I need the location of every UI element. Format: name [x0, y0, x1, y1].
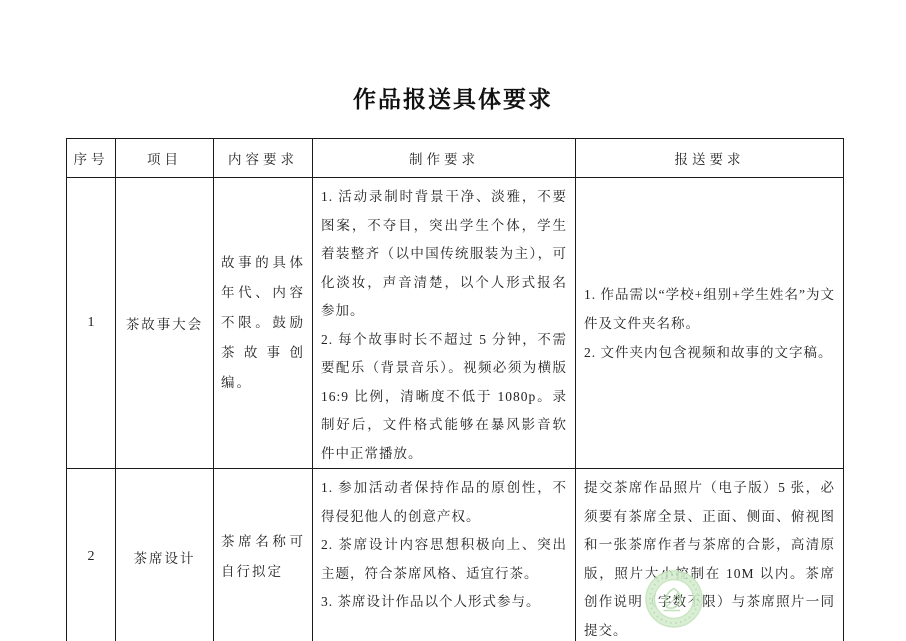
production-paragraph: 1. 参加活动者保持作品的原创性，不得侵犯他人的创意产权。: [321, 474, 567, 531]
header-production-requirements: 制作要求: [313, 139, 576, 178]
production-cell: 1. 活动录制时背景干净、淡雅，不要图案，不夺目，突出学生个体，学生着装整齐（以…: [313, 178, 576, 469]
header-seq: 序号: [67, 139, 116, 178]
table-row: 1 茶故事大会 故事的具体年代、内容不限。鼓励茶故事创编。 1. 活动录制时背景…: [67, 178, 844, 469]
production-cell: 1. 参加活动者保持作品的原创性，不得侵犯他人的创意产权。 2. 茶席设计内容思…: [313, 469, 576, 641]
project-cell: 茶席设计: [116, 469, 214, 641]
production-paragraph: 3. 茶席设计作品以个人形式参与。: [321, 588, 567, 617]
leaf-seal-watermark: [645, 570, 703, 628]
seq-cell: 2: [67, 469, 116, 641]
production-paragraph: 2. 茶席设计内容思想积极向上、突出主题，符合茶席风格、适宜行茶。: [321, 531, 567, 588]
table-header-row: 序号 项目 内容要求 制作要求 报送要求: [67, 139, 844, 178]
production-paragraph: 2. 每个故事时长不超过 5 分钟，不需要配乐（背景音乐）。视频必须为横版 16…: [321, 326, 567, 469]
production-paragraph: 1. 活动录制时背景干净、淡雅，不要图案，不夺目，突出学生个体，学生着装整齐（以…: [321, 183, 567, 326]
header-content-requirements: 内容要求: [214, 139, 313, 178]
submission-paragraph: 1. 作品需以“学校+组别+学生姓名”为文件及文件夹名称。: [584, 280, 835, 338]
seq-cell: 1: [67, 178, 116, 469]
header-project: 项目: [116, 139, 214, 178]
project-cell: 茶故事大会: [116, 178, 214, 469]
submission-paragraph: 2. 文件夹内包含视频和故事的文字稿。: [584, 338, 835, 367]
submission-cell: 提交茶席作品照片（电子版）5 张，必须要有茶席全景、正面、侧面、俯视图和一张茶席…: [576, 469, 844, 641]
submission-cell: 1. 作品需以“学校+组别+学生姓名”为文件及文件夹名称。 2. 文件夹内包含视…: [576, 178, 844, 469]
requirements-table: 序号 项目 内容要求 制作要求 报送要求 1 茶故事大会 故事的具体年代、内容不…: [66, 138, 844, 641]
content-cell: 故事的具体年代、内容不限。鼓励茶故事创编。: [214, 178, 313, 469]
content-cell: 茶席名称可自行拟定: [214, 469, 313, 641]
table-row: 2 茶席设计 茶席名称可自行拟定 1. 参加活动者保持作品的原创性，不得侵犯他人…: [67, 469, 844, 641]
page-title: 作品报送具体要求: [0, 81, 906, 114]
header-submission-requirements: 报送要求: [576, 139, 844, 178]
submission-paragraph: 提交茶席作品照片（电子版）5 张，必须要有茶席全景、正面、侧面、俯视图和一张茶席…: [584, 474, 835, 641]
leaf-icon: [645, 570, 703, 628]
